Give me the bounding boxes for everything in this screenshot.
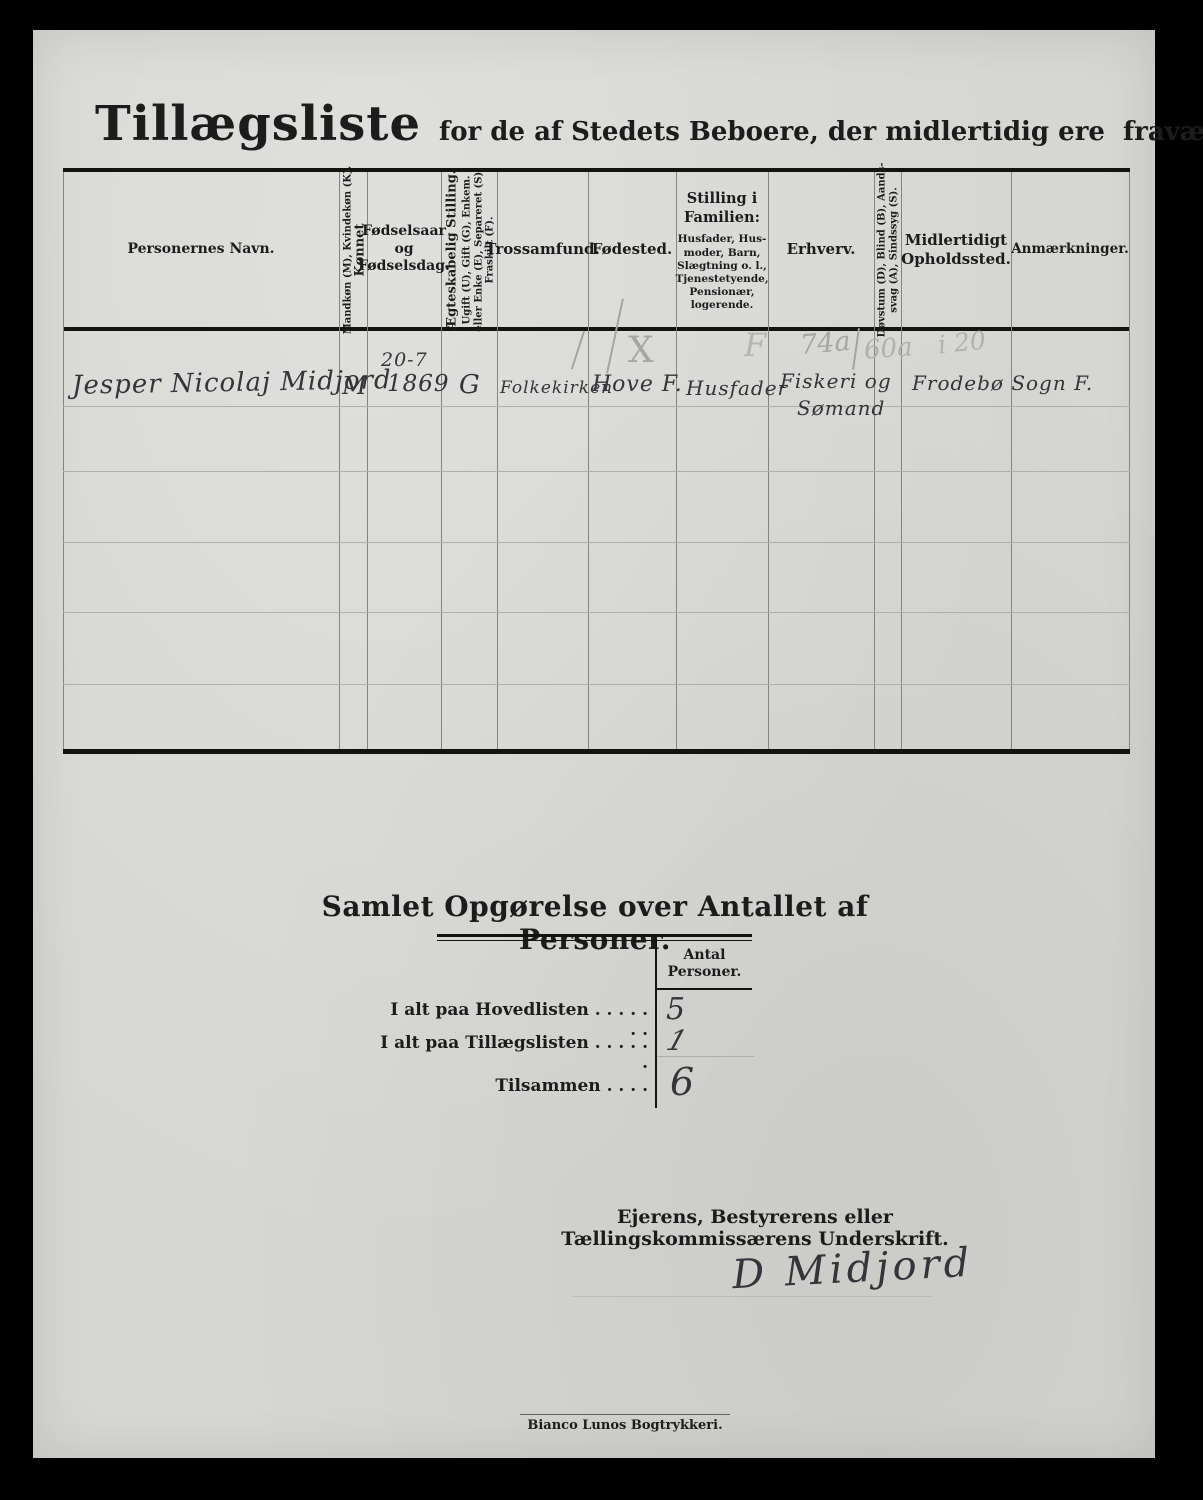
pencil-mark-code1: 74a — [799, 326, 852, 361]
row-line — [63, 471, 1130, 472]
row-birth-year: 1869 — [387, 371, 450, 397]
column-header-remarks: Anmærkninger. — [1011, 172, 1129, 327]
row-line — [63, 406, 1130, 407]
page-title-emphasis: fraværende. — [1123, 117, 1203, 147]
pencil-mark-code2: 60a — [863, 332, 914, 365]
column-header-marital: Ægteskabelig Stilling. — [445, 170, 460, 331]
page-title-main: Tillægsliste — [95, 96, 421, 152]
scanned-census-page: Tillægsliste for de af Stedets Beboere, … — [0, 0, 1203, 1500]
column-header-marital-detail2: eller Enke (E), Separeret (S), — [474, 168, 485, 331]
pencil-mark-cross: X — [628, 330, 654, 371]
row-occupation-line1: Fiskeri og — [780, 369, 892, 393]
row-family-position: Husfader — [686, 376, 788, 400]
row-occupation-line2: Sømand — [797, 396, 885, 420]
column-header-name: Personernes Navn. — [63, 172, 339, 327]
summary-value-tilsammen: 6 — [670, 1060, 695, 1104]
column-line — [874, 172, 875, 749]
summary-value-hovedlisten: 5 — [666, 992, 686, 1027]
column-header-sex: Kønnet — [353, 224, 368, 277]
column-header-birth: Fødselsaar og Fødselsdag. — [367, 172, 441, 327]
table-border-bottom — [63, 749, 1130, 754]
column-header-religion: Trossamfund. — [497, 172, 588, 327]
column-header-disability-line1: Døvstum (D), Blind (B), Aands- — [877, 163, 888, 338]
column-header-birthplace: Fødested. — [588, 172, 676, 327]
column-header-family-title: Stilling i Familien: — [684, 190, 760, 228]
column-line — [1129, 172, 1130, 749]
summary-col-header-rule — [657, 988, 752, 990]
row-sex: M — [342, 372, 368, 400]
row-line — [63, 684, 1130, 685]
row-birthplace: Hove F. — [592, 372, 683, 397]
column-header-marital-detail3: Fraskilt (F). — [485, 217, 496, 284]
summary-col-header: Antal Personer. — [657, 942, 752, 986]
pencil-mark-code3: i 20 — [937, 326, 988, 360]
column-header-marital-detail1: Ugift (U), Gift (G), Enkem. — [462, 175, 473, 324]
page-title-rest: for de af Stedets Beboere, der midlertid… — [439, 117, 1105, 147]
summary-row-label: I alt paa Tillægslisten . . . . . . — [380, 1033, 648, 1073]
row-line — [63, 612, 1130, 613]
column-header-family-detail: Husfader, Hus- moder, Barn, Slægtning o.… — [676, 233, 769, 312]
column-line — [339, 172, 340, 749]
printer-imprint: Bianco Lunos Bogtrykkeri. — [470, 1418, 780, 1433]
row-temporary-residence: Frodebø Sogn F. — [912, 371, 1093, 395]
column-header-disability-line2: svag (A), Sindssyg (S). — [889, 187, 900, 313]
footer-rule — [520, 1414, 730, 1415]
row-line — [63, 542, 1130, 543]
column-header-residence: Midlertidigt Opholdssted. — [901, 172, 1011, 327]
summary-title: Samlet Opgørelse over Antallet af Person… — [295, 890, 895, 956]
summary-row-label: Tilsammen . . . . — [380, 1076, 648, 1096]
page-title: Tillægsliste for de af Stedets Beboere, … — [95, 96, 1203, 152]
column-header-family: Stilling i Familien: Husfader, Hus- mode… — [676, 176, 768, 326]
column-header-occupation: Erhverv. — [768, 172, 874, 327]
row-birth-day: 20-7 — [381, 349, 428, 371]
pencil-mark-letter: F — [744, 326, 766, 364]
row-marital: G — [459, 370, 481, 400]
summary-table-top-rule — [437, 934, 752, 941]
